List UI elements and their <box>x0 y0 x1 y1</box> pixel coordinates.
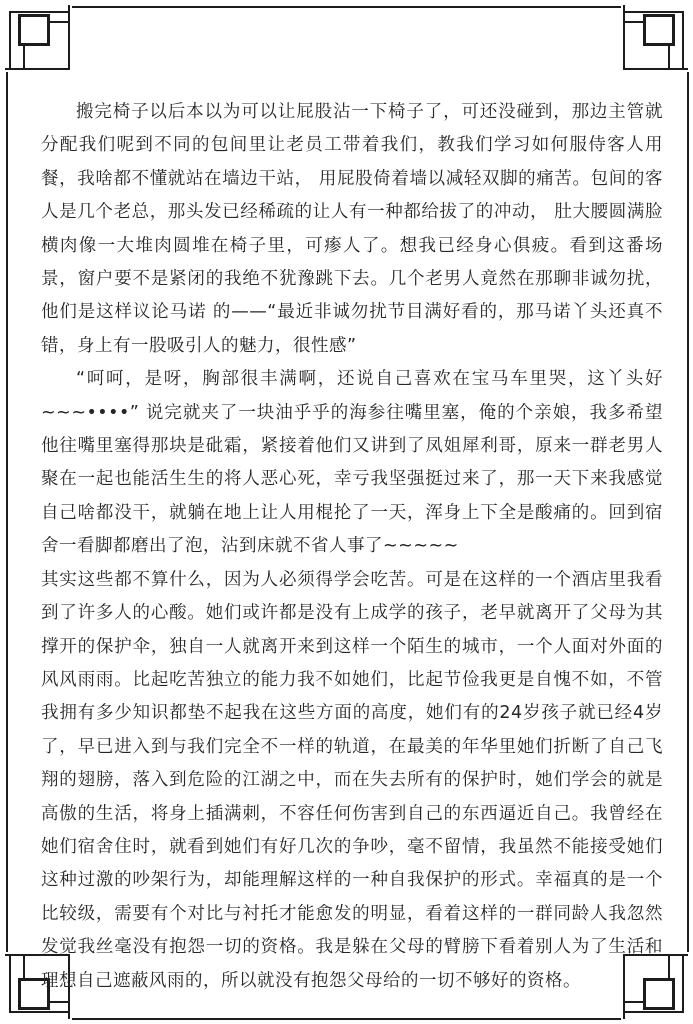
ornament-line <box>47 21 68 23</box>
ornament-line <box>9 11 11 70</box>
essay-paragraph-3: 其实这些都不算什么，因为人必须得学会吃苦。可是在这样的一个酒店里我看到了许多人的… <box>41 564 663 998</box>
ornament-line <box>23 44 25 68</box>
ornament-line <box>682 11 684 70</box>
ornament-line <box>682 954 684 1013</box>
ornament-line <box>623 1011 684 1013</box>
ornament-line <box>5 68 70 70</box>
essay-paragraph-1: 搬完椅子以后本以为可以让屁股沾一下椅子了，可还没碰到，那边主管就分配我们呢到不同… <box>41 96 663 363</box>
ornament-square-icon <box>18 14 50 46</box>
essay-text-body: 搬完椅子以后本以为可以让屁股沾一下椅子了，可还没碰到，那边主管就分配我们呢到不同… <box>41 96 663 998</box>
ornament-line <box>68 5 70 70</box>
frame-corner-ornament-top-left <box>0 0 72 72</box>
ornament-line <box>9 954 11 1013</box>
ornament-line <box>9 1011 70 1013</box>
ornament-line <box>23 956 25 980</box>
ornament-line <box>623 11 684 13</box>
essay-paragraph-2: “呵呵，是呀，胸部很丰满啊，还说自己喜欢在宝马车里哭，这丫头好~~~••••” … <box>41 363 663 563</box>
ornament-line <box>9 11 70 13</box>
ornament-line <box>623 5 625 70</box>
ornament-line <box>668 44 670 68</box>
ornament-line <box>47 1001 68 1003</box>
ornament-square-icon <box>643 14 675 46</box>
frame-corner-ornament-top-right <box>621 0 693 72</box>
document-page: { "frame": { "line_color": "#1c1c1c", "b… <box>0 0 693 1024</box>
ornament-line <box>623 68 688 70</box>
ornament-line <box>668 956 670 980</box>
